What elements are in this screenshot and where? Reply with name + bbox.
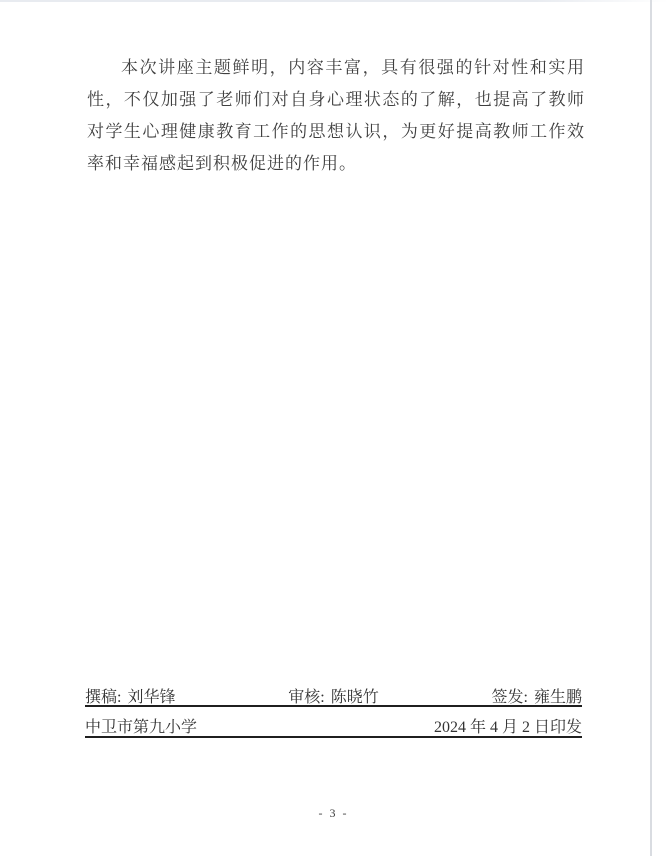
reviewer-name: 陈晓竹: [331, 689, 379, 706]
imprint-row: 中卫市第九小学 2024 年 4 月 2 日印发: [85, 707, 582, 736]
drafter-field: 撰稿:刘华锋: [85, 684, 175, 707]
reviewer-field: 审核:陈晓竹: [288, 684, 378, 707]
body-paragraph: 本次讲座主题鲜明，内容丰富，具有很强的针对性和实用性，不仅加强了老师们对自身心理…: [87, 52, 585, 180]
page-right-edge: [650, 0, 652, 856]
issuer-name: 雍生鹏: [534, 689, 582, 706]
signoff-row: 撰稿:刘华锋 审核:陈晓竹 签发:雍生鹏: [85, 684, 582, 705]
drafter-label: 撰稿:: [85, 689, 121, 706]
document-footer: 撰稿:刘华锋 审核:陈晓竹 签发:雍生鹏 中卫市第九小学 2024 年 4 月 …: [85, 684, 582, 738]
issuer-label: 签发:: [492, 689, 528, 706]
issue-date: 2024 年 4 月 2 日印发: [434, 714, 582, 737]
page-number: - 3 -: [85, 806, 582, 821]
organization-name: 中卫市第九小学: [85, 714, 197, 737]
reviewer-label: 审核:: [288, 689, 324, 706]
issuer-field: 签发:雍生鹏: [492, 684, 582, 707]
page-top-edge: [0, 0, 669, 2]
drafter-name: 刘华锋: [127, 689, 175, 706]
